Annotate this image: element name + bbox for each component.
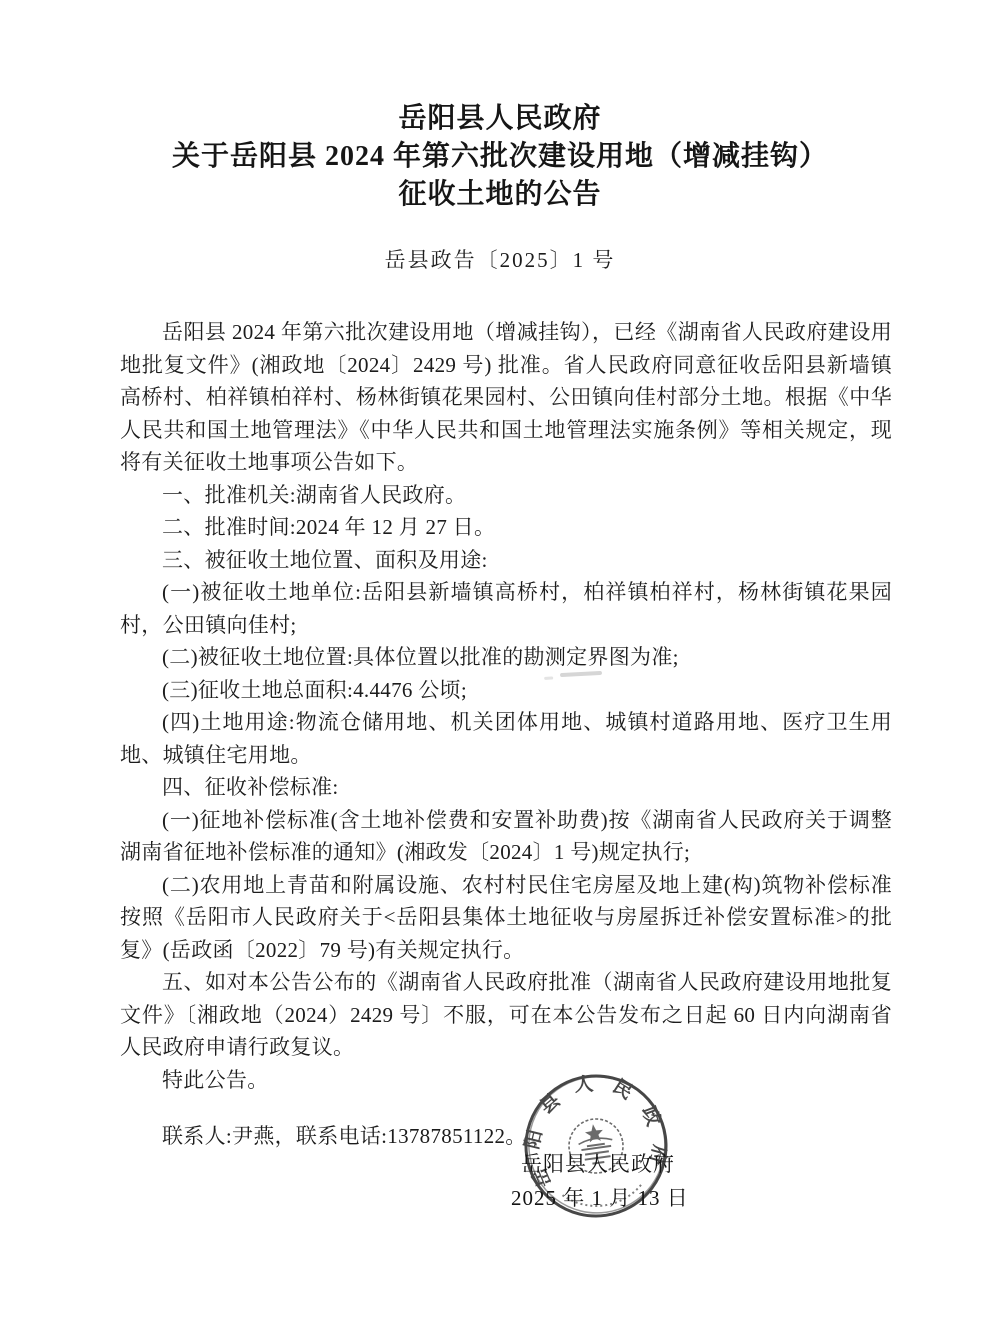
body-paragraph-item-5: 五、如对本公告公布的《湖南省人民政府批准（湖南省人民政府建设用地批复文件》〔湘政… [120,966,892,1064]
contact-line: 联系人:尹燕，联系电话:13787851122。 [120,1120,892,1153]
doc-number: 岳县政告〔2025〕1 号 [0,244,1000,274]
body-paragraph-item-3-2: (二)被征收土地位置:具体位置以批准的勘测定界图为准; [120,641,892,674]
doc-title-line-3: 征收土地的公告 [0,176,1000,214]
body-paragraph-item-4-2: (二)农用地上青苗和附属设施、农村村民住宅房屋及地上建(构)筑物补偿标准按照《岳… [120,869,892,967]
body-paragraph-item-1: 一、批准机关:湖南省人民政府。 [120,479,892,512]
signature-date: 2025 年 1 月 13 日 [511,1182,689,1212]
doc-title-line-1: 岳阳县人民政府 [0,100,1000,138]
doc-header: 岳阳县人民政府 关于岳阳县 2024 年第六批次建设用地（增减挂钩） 征收土地的… [0,0,1000,214]
body-paragraph-item-4: 四、征收补偿标准: [120,771,892,804]
signature-issuer: 岳阳县人民政府 [521,1148,675,1178]
doc-body: 岳阳县 2024 年第六批次建设用地（增减挂钩），已经《湖南省人民政府建设用地批… [120,316,892,1153]
body-paragraph-item-3-1: (一)被征收土地单位:岳阳县新墙镇高桥村，柏祥镇柏祥村，杨林街镇花果园村，公田镇… [120,576,892,641]
body-paragraph-item-3: 三、被征收土地位置、面积及用途: [120,544,892,577]
doc-title-line-2: 关于岳阳县 2024 年第六批次建设用地（增减挂钩） [0,138,1000,176]
body-paragraph-item-3-4: (四)土地用途:物流仓储用地、机关团体用地、城镇村道路用地、医疗卫生用地、城镇住… [120,706,892,771]
body-paragraph-item-3-3: (三)征收土地总面积:4.4476 公顷; [120,674,892,707]
announcement-document-page: 岳阳县人民政府 关于岳阳县 2024 年第六批次建设用地（增减挂钩） 征收土地的… [0,0,1000,1334]
body-paragraph-item-2: 二、批准时间:2024 年 12 月 27 日。 [120,511,892,544]
body-paragraph-item-4-1: (一)征地补偿标准(含土地补偿费和安置补助费)按《湖南省人民政府关于调整湖南省征… [120,804,892,869]
body-paragraph-intro: 岳阳县 2024 年第六批次建设用地（增减挂钩），已经《湖南省人民政府建设用地批… [120,316,892,479]
